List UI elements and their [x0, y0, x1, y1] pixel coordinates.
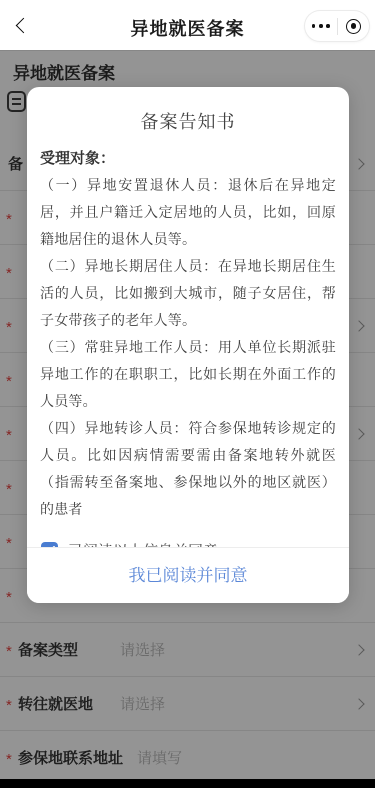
- dialog-title: 备案告知书: [27, 87, 349, 133]
- notice-paragraph: （一）异地安置退休人员：退休后在异地定居，并且户籍迁入定居地的人员，比如，回原籍…: [40, 172, 336, 253]
- more-button[interactable]: [305, 11, 337, 41]
- dialog-body: 受理对象： （一）异地安置退休人员：退休后在异地定居，并且户籍迁入定居地的人员，…: [27, 145, 349, 523]
- notice-paragraph: （三）常驻异地工作人员：用人单位长期派驻异地工作的在职职工，比如长期在外面工作的…: [40, 334, 336, 415]
- confirm-button[interactable]: 我已阅读并同意: [27, 547, 349, 603]
- app-screen: 异地就医备案 异地就医备案 备 * * * * * *: [0, 0, 375, 788]
- home-indicator-bar: [0, 779, 375, 788]
- notice-paragraph: （二）异地长期居住人员：在异地长期居住生活的人员，比如搬到大城市，随子女居住，帮…: [40, 253, 336, 334]
- navbar: 异地就医备案: [0, 0, 375, 50]
- notice-dialog: 备案告知书 受理对象： （一）异地安置退休人员：退休后在异地定居，并且户籍迁入定…: [27, 87, 349, 603]
- circle-dot-icon: [346, 19, 361, 34]
- wechat-capsule: [304, 10, 370, 42]
- body-heading: 受理对象：: [40, 145, 336, 172]
- notice-paragraph: （四）异地转诊人员：符合参保地转诊规定的人员。比如因病情需要需由备案地转外就医（…: [40, 415, 336, 523]
- minimize-button[interactable]: [338, 11, 370, 41]
- three-dots-icon: [312, 24, 330, 28]
